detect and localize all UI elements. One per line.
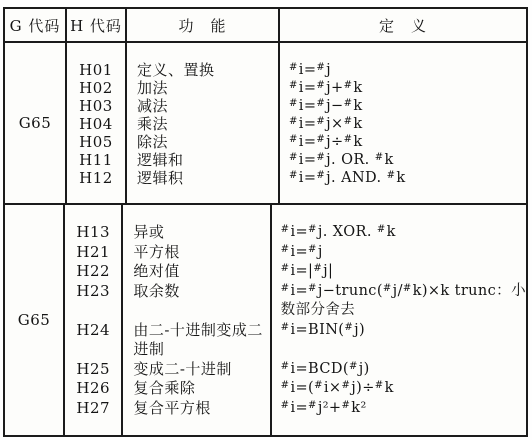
function-label: 逻辑和: [127, 151, 278, 169]
definition-formula: #i=#j÷#k: [280, 133, 526, 151]
function-label: 加法: [127, 79, 278, 97]
definition-formula: #i=#j+#k: [280, 79, 526, 97]
hcode-column: H13 H21 H22 H23 H24 H25 H26 H27: [65, 205, 123, 435]
function-label: 取余数: [123, 282, 269, 302]
definition-formula: #i=#j. OR. #k: [280, 151, 526, 169]
definition-formula: #i=#j. XOR. #k: [272, 223, 526, 243]
table-section-advanced-ops: G65 H13 H21 H22 H23 H24 H25 H26 H27 异或 平…: [5, 205, 526, 435]
table-header-row: G 代码 H 代码 功 能 定 义: [5, 9, 526, 43]
header-hcode: H 代码: [67, 9, 127, 41]
hcode-value: H22: [65, 262, 121, 282]
hcode-column: H01 H02 H03 H04 H05 H11 H12: [67, 43, 127, 203]
function-label: 绝对值: [123, 262, 269, 282]
header-gcode: G 代码: [5, 9, 67, 41]
definition-formula: #i=|#j|: [272, 262, 526, 282]
table-section-basic-ops: G65 H01 H02 H03 H04 H05 H11 H12 定义、置换 加法…: [5, 43, 526, 205]
scanned-page: G 代码 H 代码 功 能 定 义 G65 H01 H02 H03 H04 H0…: [0, 0, 532, 440]
hcode-value: H03: [67, 97, 125, 115]
hcode-value: H21: [65, 243, 121, 263]
function-column: 定义、置换 加法 减法 乘法 除法 逻辑和 逻辑积: [127, 43, 280, 203]
definition-formula: #i=#j: [272, 243, 526, 263]
definition-formula: #i=#j−#k: [280, 97, 526, 115]
function-label: 复合平方根: [123, 399, 269, 419]
macro-function-table: G 代码 H 代码 功 能 定 义 G65 H01 H02 H03 H04 H0…: [3, 7, 528, 437]
definition-formula: 数部分舍去: [272, 301, 526, 321]
gcode-value: G65: [5, 205, 65, 435]
definition-formula: #i=#j−trunc(#j/#k)×k trunc：小: [272, 282, 526, 302]
function-label: 复合乘除: [123, 379, 269, 399]
header-function: 功 能: [127, 9, 280, 41]
function-label: [123, 301, 269, 321]
function-label: 变成二-十进制: [123, 360, 269, 380]
definition-formula: #i=#j×#k: [280, 115, 526, 133]
hcode-value: H27: [65, 399, 121, 419]
function-label: 平方根: [123, 243, 269, 263]
hcode-value: H01: [67, 61, 125, 79]
hcode-value: [65, 340, 121, 360]
function-label: 除法: [127, 133, 278, 151]
definition-formula: #i=#j²+#k²: [272, 399, 526, 419]
hcode-value: H26: [65, 379, 121, 399]
function-label: 减法: [127, 97, 278, 115]
definition-formula: [272, 340, 526, 360]
hcode-value: H02: [67, 79, 125, 97]
hcode-value: H24: [65, 321, 121, 341]
function-label: 异或: [123, 223, 269, 243]
hcode-value: H04: [67, 115, 125, 133]
hcode-value: H11: [67, 151, 125, 169]
hcode-value: [65, 301, 121, 321]
hcode-value: H13: [65, 223, 121, 243]
definition-formula: #i=BCD(#j): [272, 360, 526, 380]
hcode-value: H25: [65, 360, 121, 380]
definition-column: #i=#j. XOR. #k #i=#j #i=|#j| #i=#j−trunc…: [272, 205, 526, 435]
function-label: 进制: [123, 340, 269, 360]
hcode-value: H12: [67, 169, 125, 187]
function-label: 乘法: [127, 115, 278, 133]
definition-formula: #i=(#i×#j)÷#k: [272, 379, 526, 399]
definition-formula: #i=#j. AND. #k: [280, 169, 526, 187]
function-column: 异或 平方根 绝对值 取余数 由二-十进制变成二 进制 变成二-十进制 复合乘除…: [123, 205, 271, 435]
function-label: 由二-十进制变成二: [123, 321, 269, 341]
header-definition: 定 义: [280, 9, 526, 41]
function-label: 逻辑积: [127, 169, 278, 187]
function-label: 定义、置换: [127, 61, 278, 79]
gcode-value: G65: [5, 43, 67, 203]
definition-formula: #i=#j: [280, 61, 526, 79]
hcode-value: H23: [65, 282, 121, 302]
definition-column: #i=#j #i=#j+#k #i=#j−#k #i=#j×#k #i=#j÷#…: [280, 43, 526, 203]
definition-formula: #i=BIN(#j): [272, 321, 526, 341]
hcode-value: H05: [67, 133, 125, 151]
